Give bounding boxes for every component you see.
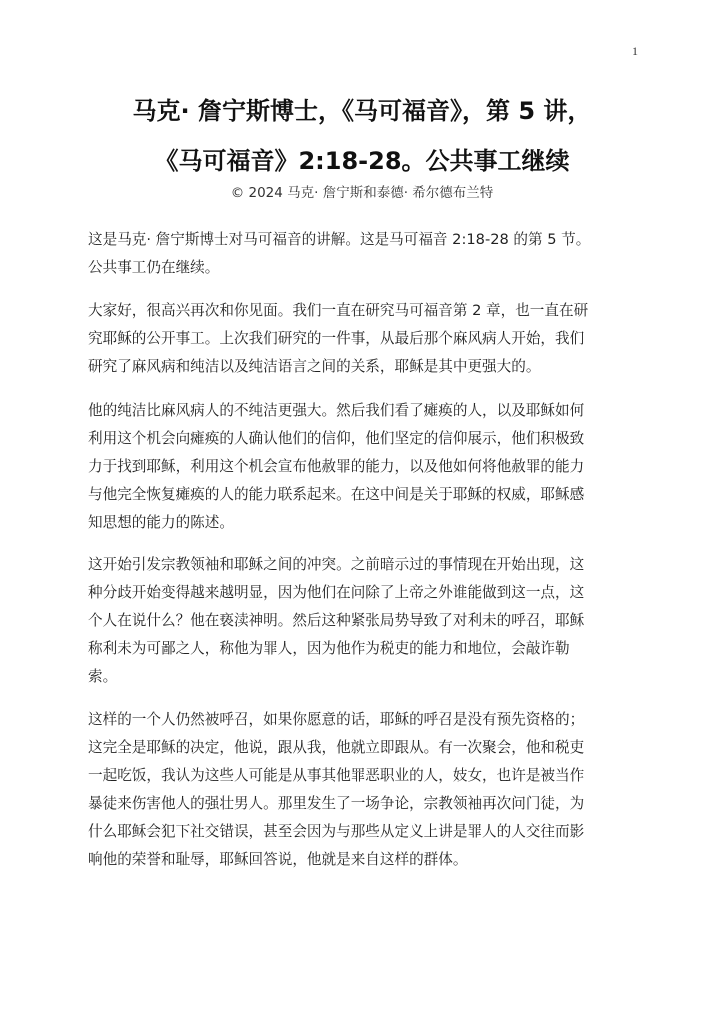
text-line: 这开始引发宗教领袖和耶稣之间的冲突。之前暗示过的事情现在开始出现，这 [88, 551, 636, 579]
text-line: 公共事工仍在继续。 [88, 254, 636, 282]
text-line: 称利未为可鄙之人，称他为罪人，因为他作为税吏的能力和地位，会敲诈勒 [88, 635, 636, 663]
paragraph-conflict: 这开始引发宗教领袖和耶稣之间的冲突。之前暗示过的事情现在开始出现，这 种分歧开始… [88, 551, 636, 691]
text-line: 这是马克· 詹宁斯博士对马可福音的讲解。这是马可福音 2:18-28 的第 5 … [88, 226, 636, 254]
text-line: 利用这个机会向瘫痪的人确认他们的信仰，他们坚定的信仰展示，他们积极致 [88, 425, 636, 453]
title-line-2: 《马可福音》2:18-28。公共事工继续 [0, 136, 724, 186]
text-line: 种分歧开始变得越来越明显，因为他们在问除了上帝之外谁能做到这一点，这 [88, 579, 636, 607]
text-line: 力于找到耶稣，利用这个机会宣布他赦罪的能力，以及他如何将他赦罪的能力 [88, 453, 636, 481]
paragraph-purity: 他的纯洁比麻风病人的不纯洁更强大。然后我们看了瘫痪的人，以及耶稣如何 利用这个机… [88, 397, 636, 537]
text-line: 暴徒来伤害他人的强壮男人。那里发生了一场争论，宗教领袖再次问门徒，为 [88, 790, 636, 818]
title-line-1: 马克· 詹宁斯博士，《马可福音》，第 5 讲， [0, 86, 724, 136]
document-title: 马克· 詹宁斯博士，《马可福音》，第 5 讲， 《马可福音》2:18-28。公共… [0, 86, 724, 186]
text-line: 研究了麻风病和纯洁以及纯洁语言之间的关系，耶稣是其中更强大的。 [88, 353, 636, 381]
page-number: 1 [632, 44, 638, 59]
paragraph-calling: 这样的一个人仍然被呼召，如果你愿意的话，耶稣的呼召是没有预先资格的； 这完全是耶… [88, 706, 636, 874]
text-line: 与他完全恢复瘫痪的人的能力联系起来。在这中间是关于耶稣的权威，耶稣感 [88, 481, 636, 509]
text-line: 大家好，很高兴再次和你见面。我们一直在研究马可福音第 2 章，也一直在研 [88, 297, 636, 325]
text-line: 索。 [88, 663, 636, 691]
text-line: 什么耶稣会犯下社交错误，甚至会因为与那些从定义上讲是罪人的人交往而影 [88, 818, 636, 846]
paragraph-greeting: 大家好，很高兴再次和你见面。我们一直在研究马可福音第 2 章，也一直在研 究耶稣… [88, 297, 636, 381]
text-line: 他的纯洁比麻风病人的不纯洁更强大。然后我们看了瘫痪的人，以及耶稣如何 [88, 397, 636, 425]
text-line: 响他的荣誉和耻辱，耶稣回答说，他就是来自这样的群体。 [88, 846, 636, 874]
text-line: 这完全是耶稣的决定，他说，跟从我，他就立即跟从。有一次聚会，他和税吏 [88, 734, 636, 762]
text-line: 个人在说什么？他在亵渎神明。然后这种紧张局势导致了对利未的呼召，耶稣 [88, 607, 636, 635]
text-line: 这样的一个人仍然被呼召，如果你愿意的话，耶稣的呼召是没有预先资格的； [88, 706, 636, 734]
text-line: 究耶稣的公开事工。上次我们研究的一件事，从最后那个麻风病人开始，我们 [88, 325, 636, 353]
paragraph-intro: 这是马克· 詹宁斯博士对马可福音的讲解。这是马可福音 2:18-28 的第 5 … [88, 226, 636, 282]
text-line: 一起吃饭，我认为这些人可能是从事其他罪恶职业的人，妓女，也许是被当作 [88, 762, 636, 790]
copyright-line: © 2024 马克· 詹宁斯和泰德· 希尔德布兰特 [0, 181, 724, 201]
text-line: 知思想的能力的陈述。 [88, 509, 636, 537]
